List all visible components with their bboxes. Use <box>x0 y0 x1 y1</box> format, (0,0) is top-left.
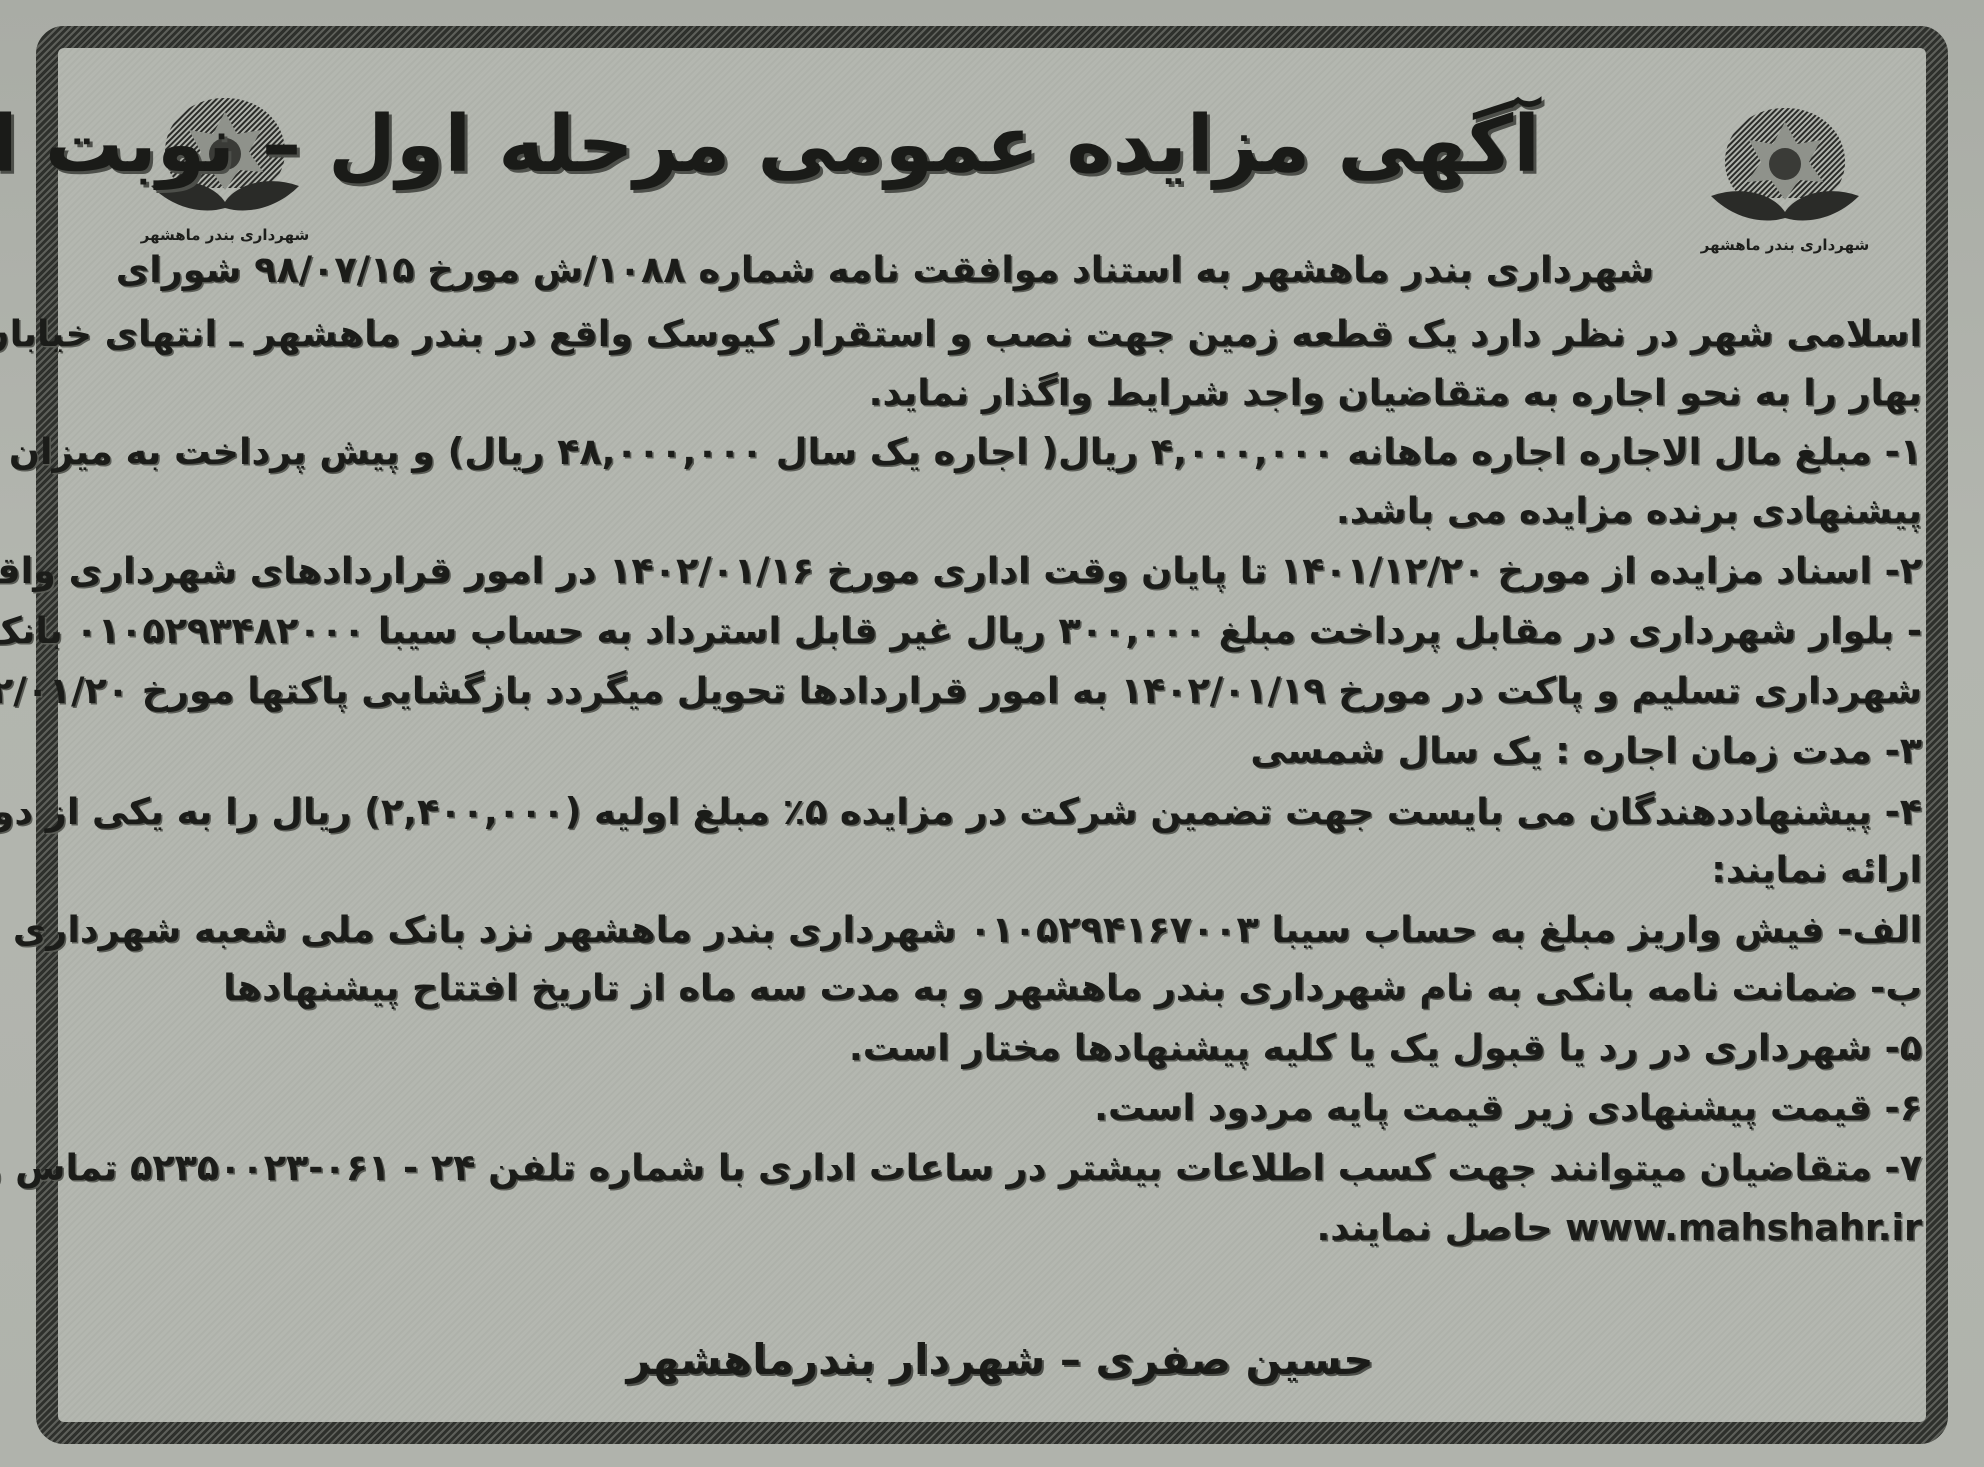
item-4-line-1: ۴- پیشنهاددهندگان می بایست جهت تضمین شرک… <box>62 794 1922 831</box>
municipality-logo-right: شهرداری بندر ماهشهر <box>1690 100 1880 290</box>
municipality-emblem-icon <box>1705 100 1865 230</box>
item-4-line-2: ارائه نمایند: <box>1711 852 1922 889</box>
item-5-line-1: ۵- شهرداری در رد یا قبول یک یا کلیه پیشن… <box>849 1030 1922 1067</box>
newspaper-page: شهرداری بندر ماهشهر شهرداری بندر ماهشهر … <box>0 0 1984 1467</box>
item-7-line-1: ۷- متقاضیان میتوانند جهت کسب اطلاعات بیش… <box>62 1150 1922 1187</box>
item-2-line-2: - بلوار شهرداری در مقابل پرداخت مبلغ ۳۰۰… <box>62 613 1922 650</box>
item-7-line-2-website: www.mahshahr.ir حاصل نمایند. <box>1316 1210 1922 1247</box>
item-4-option-a: الف- فیش واریز مبلغ به حساب سیبا ۰۱۰۵۲۹۴… <box>62 912 1922 949</box>
item-6-line-1: ۶- قیمت پیشنهادی زیر قیمت پایه مردود است… <box>1094 1090 1922 1127</box>
item-1-line-2: پیشنهادی برنده مزایده می باشد. <box>1336 493 1922 530</box>
item-4-option-b: ب- ضمانت نامه بانکی به نام شهرداری بندر … <box>223 970 1922 1007</box>
item-1-line-1: ۱- مبلغ مال الاجاره اجاره ماهانه ۴,۰۰۰,۰… <box>62 434 1922 471</box>
intro-line-2: اسلامی شهر در نظر دارد یک قطعه زمین جهت … <box>62 316 1922 353</box>
logo-caption: شهرداری بندر ماهشهر <box>1701 236 1870 254</box>
item-3-line-1: ۳- مدت زمان اجاره : یک سال شمسی <box>1250 733 1922 770</box>
logo-caption: شهرداری بندر ماهشهر <box>141 226 310 244</box>
intro-line-3: بهار را به نحو اجاره به متقاضیان واجد شر… <box>869 375 1922 412</box>
notice-title: آگهی مزایده عمومی مرحله اول – نوبت اول <box>460 100 1540 190</box>
item-2-line-1: ۲- اسناد مزایده از مورخ ۱۴۰۱/۱۲/۲۰ تا پا… <box>62 553 1922 590</box>
mayor-signature: حسین صفری – شهردار بندرماهشهر <box>600 1335 1400 1384</box>
intro-line-1: شهرداری بندر ماهشهر به استناد موافقت نام… <box>116 252 1654 289</box>
item-2-line-3: شهرداری تسلیم و پاکت در مورخ ۱۴۰۲/۰۱/۱۹ … <box>62 673 1922 710</box>
